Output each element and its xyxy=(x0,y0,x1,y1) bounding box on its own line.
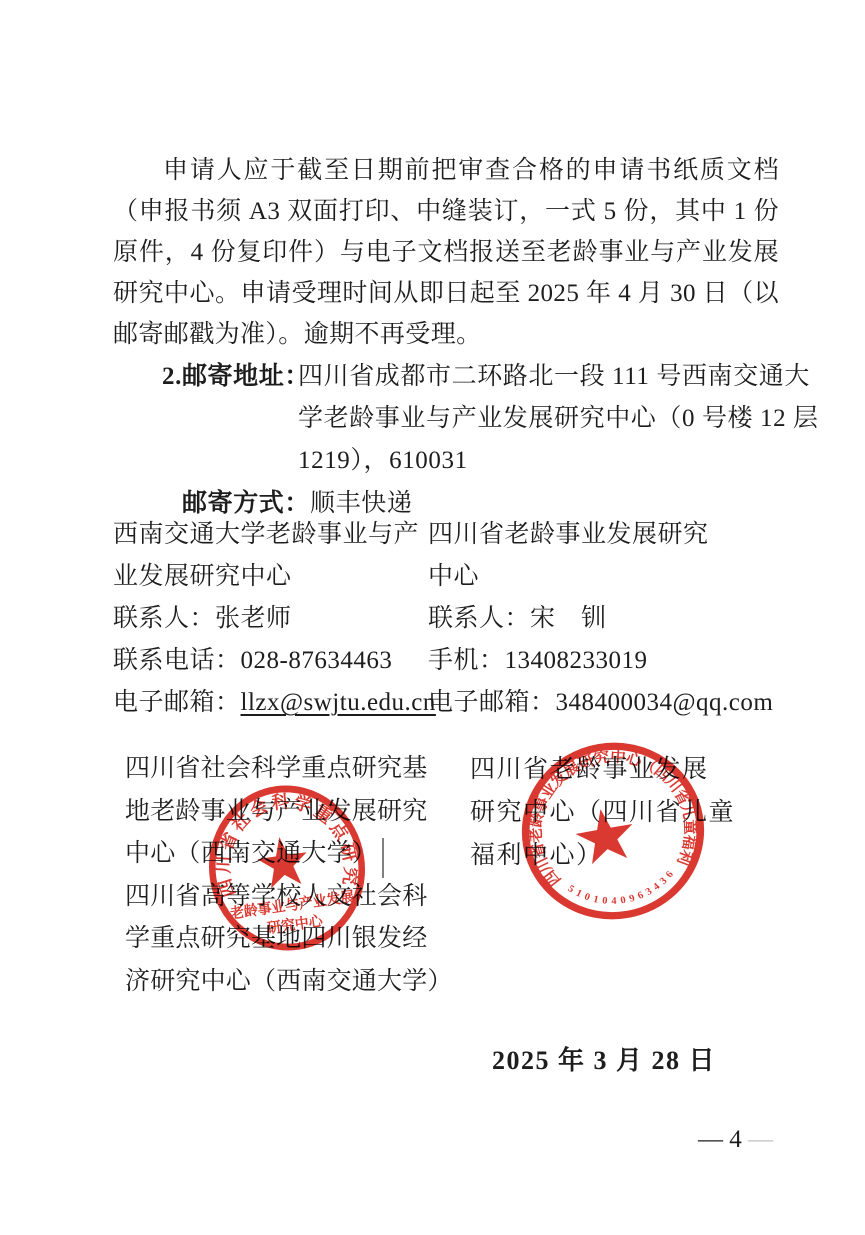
contact-left-org-line2: 业发展研究中心 xyxy=(113,556,423,598)
contact-right-org-line1: 四川省老龄事业发展研究 xyxy=(428,514,768,556)
body-paragraph: 申请人应于截至日期前把审查合格的申请书纸质文档（申报书须 A3 双面打印、中缝装… xyxy=(113,150,779,355)
contact-left-email-line: 电子邮箱：llzx@swjtu.edu.cn xyxy=(113,682,423,724)
mailing-address-label: 2.邮寄地址： xyxy=(162,356,298,392)
page-number: — 4 — xyxy=(698,1126,773,1154)
contact-column-left: 西南交通大学老龄事业与产 业发展研究中心 联系人：张老师 联系电话：028-87… xyxy=(113,514,423,724)
mailing-address-line3: 1219），610031 xyxy=(298,440,468,476)
mailing-method-value: 顺丰快递 xyxy=(310,490,412,517)
contact-left-person: 联系人：张老师 xyxy=(113,598,423,640)
left-official-seal: 四川省社会科学重点研究基地 老龄事业与产业发展 研究中心 xyxy=(194,771,380,964)
contact-left-email: llzx@swjtu.edu.cn xyxy=(241,689,436,716)
contact-right-email-line: 电子邮箱：348400034@qq.com xyxy=(428,682,768,724)
scanned-document-page: 申请人应于截至日期前把审查合格的申请书纸质文档（申报书须 A3 双面打印、中缝装… xyxy=(0,0,865,1235)
mailing-address-line1: 2.邮寄地址：四川省成都市二环路北一段 111 号西南交通大 xyxy=(162,356,810,392)
contact-right-org-line2: 中心 xyxy=(428,556,768,598)
contact-right-email: 348400034@qq.com xyxy=(556,689,774,716)
document-date: 2025 年 3 月 28 日 xyxy=(492,1040,716,1077)
star-icon xyxy=(255,833,311,889)
contact-right-email-label: 电子邮箱： xyxy=(428,689,556,716)
page-number-value: 4 xyxy=(729,1126,742,1153)
mailing-address-line2: 学老龄事业与产业发展研究中心（0 号楼 12 层 xyxy=(298,398,819,434)
signature-left-line: 济研究中心（西南交通大学） xyxy=(125,961,453,1004)
contact-right-phone: 手机：13408233019 xyxy=(428,640,768,682)
contact-left-email-label: 电子邮箱： xyxy=(113,689,241,716)
contact-left-org-line1: 西南交通大学老龄事业与产 xyxy=(113,514,423,556)
contact-left-phone: 联系电话：028-87634463 xyxy=(113,640,423,682)
right-official-seal: 四川省老龄事业发展研究中心（四川省儿童福利中心） 5101040963436 xyxy=(504,725,723,937)
page-number-left-dash: — xyxy=(698,1126,723,1153)
star-icon xyxy=(572,804,638,866)
contact-column-right: 四川省老龄事业发展研究 中心 联系人：宋 钏 手机：13408233019 电子… xyxy=(428,514,768,724)
page-number-right-dash: — xyxy=(748,1126,773,1153)
contact-right-person: 联系人：宋 钏 xyxy=(428,598,768,640)
mailing-address-value1: 四川省成都市二环路北一段 111 号西南交通大 xyxy=(298,363,810,390)
mailing-method-label: 邮寄方式： xyxy=(182,490,310,517)
scan-artifact-line xyxy=(382,838,384,878)
